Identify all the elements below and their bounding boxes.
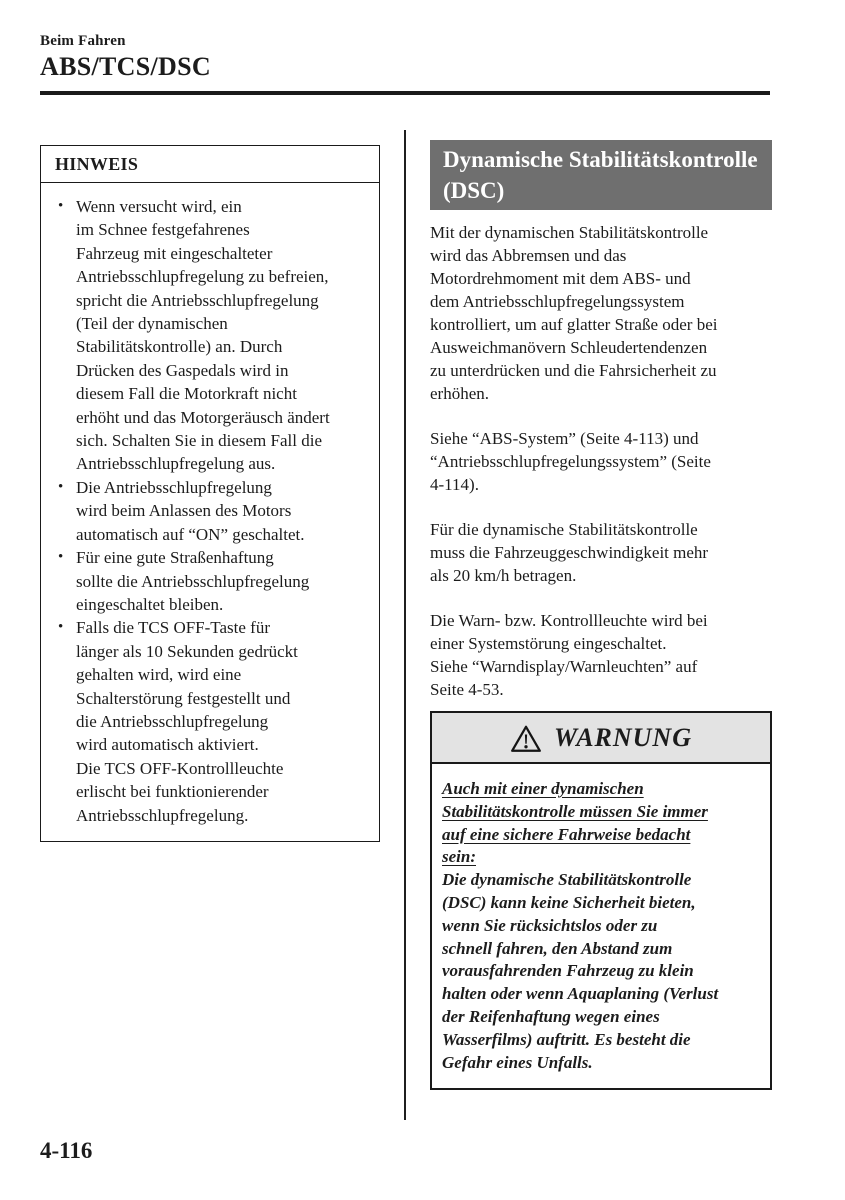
warning-body-text: Die dynamische Stabilitätskontrolle (DSC… — [442, 869, 758, 1074]
note-box: HINWEIS Wenn versucht wird, ein im Schne… — [40, 145, 380, 842]
column-divider — [404, 130, 406, 1120]
section-paragraph: Die Warn- bzw. Kontrollleuchte wird bei … — [430, 609, 772, 701]
note-box-title: HINWEIS — [41, 146, 379, 183]
note-item: Falls die TCS OFF-Taste für länger als 1… — [41, 616, 371, 827]
note-item: Die Antriebsschlupfregelung wird beim An… — [41, 476, 371, 546]
warning-body: Auch mit einer dynamischen Stabilitätsko… — [432, 764, 770, 1088]
warning-lead-text: Auch mit einer dynamischen Stabilitätsko… — [442, 778, 758, 869]
section-paragraph: Für die dynamische Stabilitätskontrolle … — [430, 518, 772, 587]
manual-page: Beim Fahren ABS/TCS/DSC HINWEIS Wenn ver… — [0, 0, 845, 1200]
page-number: 4-116 — [40, 1138, 92, 1164]
right-column: Dynamische Stabilitätskontrolle (DSC) Mi… — [430, 140, 772, 1090]
section-paragraph: Mit der dynamischen Stabilitätskontrolle… — [430, 221, 772, 405]
page-title: ABS/TCS/DSC — [40, 52, 770, 82]
warning-title: WARNUNG — [554, 723, 692, 753]
note-item: Wenn versucht wird, ein im Schnee festge… — [41, 195, 371, 476]
section-paragraph: Siehe “ABS-System” (Seite 4-113) und “An… — [430, 427, 772, 496]
note-item: Für eine gute Straßenhaftung sollte die … — [41, 546, 371, 616]
note-list: Wenn versucht wird, ein im Schnee festge… — [41, 183, 379, 841]
page-header: Beim Fahren ABS/TCS/DSC — [40, 33, 770, 95]
title-rule — [40, 91, 770, 95]
warning-box: WARNUNG Auch mit einer dynamischen Stabi… — [430, 711, 772, 1090]
chapter-label: Beim Fahren — [40, 33, 770, 50]
warning-header: WARNUNG — [432, 713, 770, 764]
section-heading: Dynamische Stabilitätskontrolle (DSC) — [430, 140, 772, 210]
warning-triangle-icon — [510, 724, 542, 753]
left-column: HINWEIS Wenn versucht wird, ein im Schne… — [40, 145, 380, 842]
